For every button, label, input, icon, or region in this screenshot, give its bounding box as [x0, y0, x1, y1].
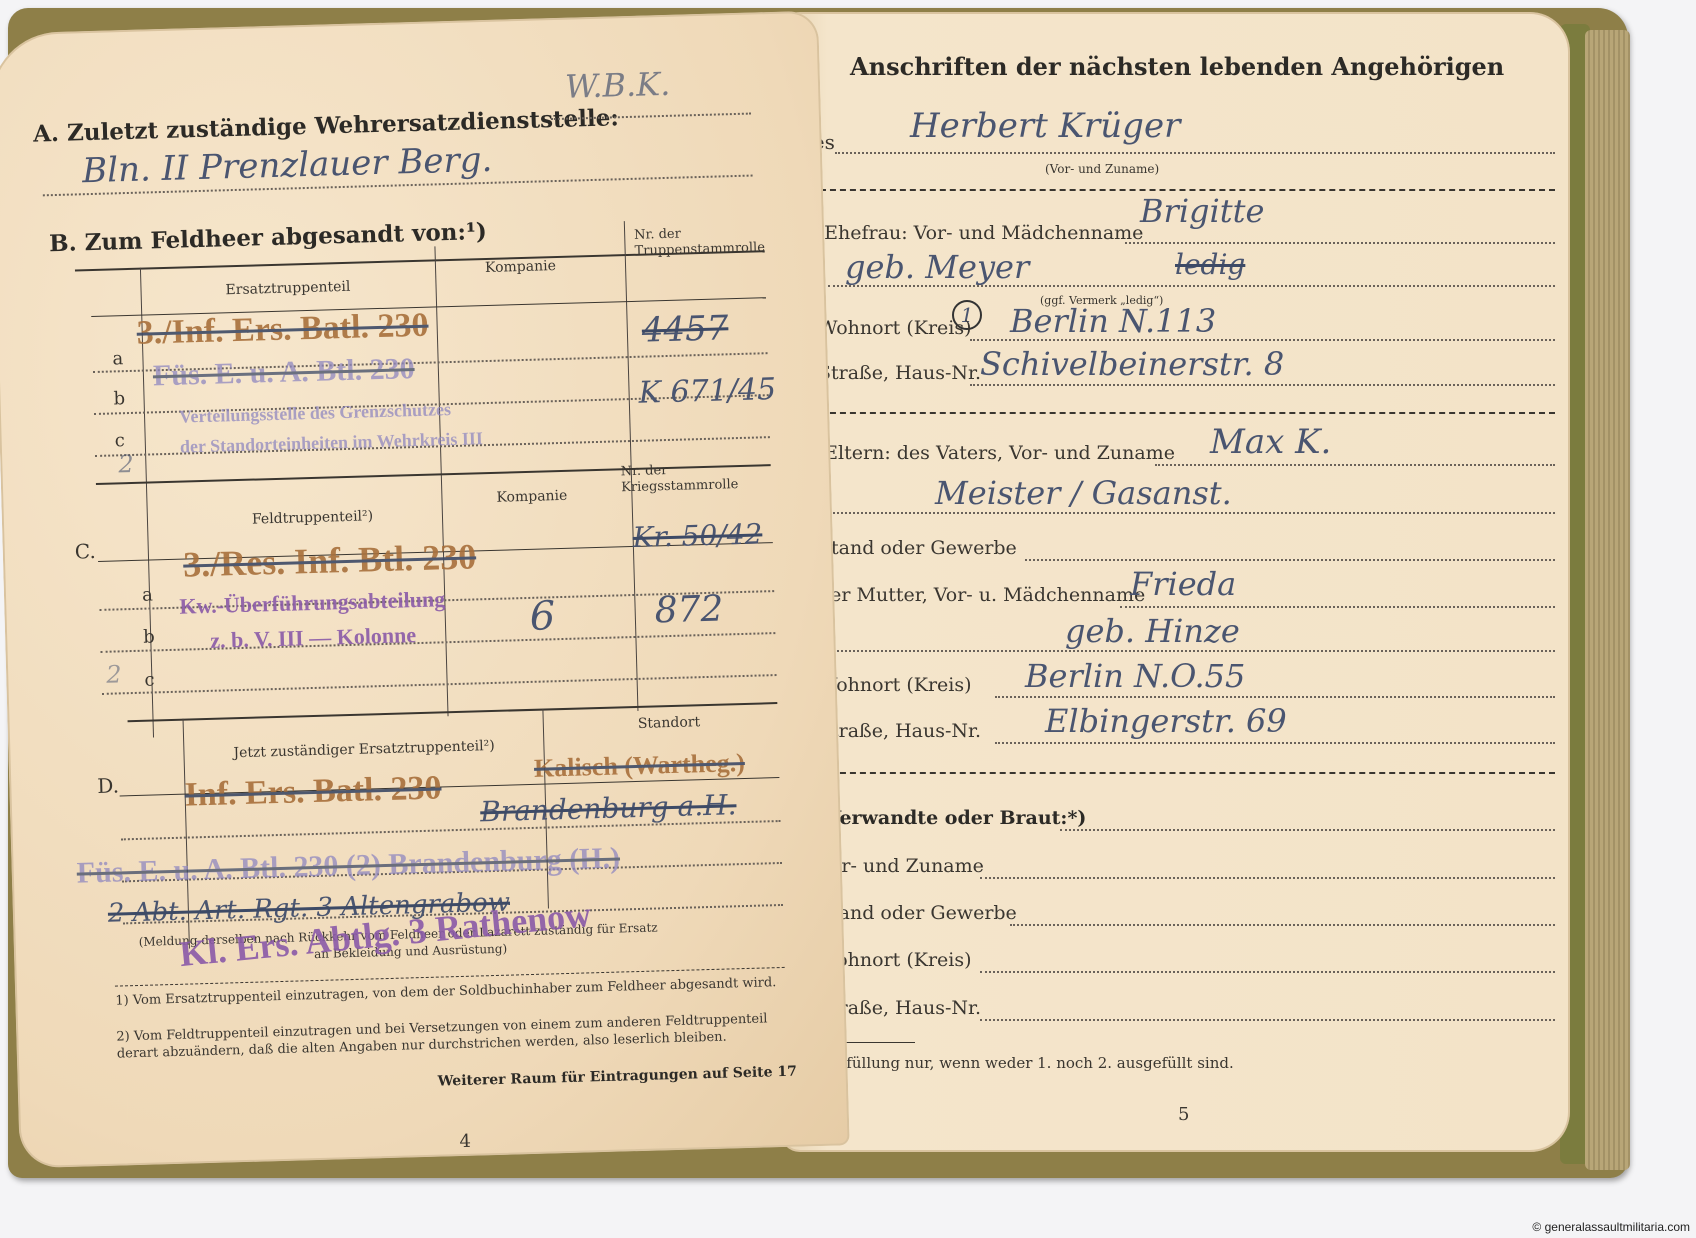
dotted-line: [980, 877, 1555, 879]
roll-number-b: K 671/45: [638, 372, 776, 411]
dotted-line: [1010, 924, 1555, 926]
dotted-line: [1025, 559, 1555, 561]
row-label-b: b: [113, 388, 125, 409]
mother-maiden-name: geb. Hinze: [1065, 612, 1240, 650]
stamp-kalisch: Kalisch (Wartheg.): [534, 748, 746, 784]
divider: [800, 189, 1555, 191]
dotted-line: [1125, 242, 1555, 244]
section-b-text: Zum Feldheer abgesandt von:¹): [84, 218, 487, 256]
section-b-label: B.: [49, 229, 77, 257]
dotted-line: [1120, 606, 1555, 608]
right-page: Anschriften der nächsten lebenden Angehö…: [780, 12, 1570, 1152]
col-kompanie-c: Kompanie: [496, 488, 567, 506]
parents-label: 2. Eltern: des Vaters, Vor- und Zuname: [800, 442, 1175, 464]
father-name: Max K.: [1210, 422, 1331, 462]
row-label-c: c: [114, 430, 125, 451]
page-number: 4: [459, 1131, 471, 1152]
section-a-title: A. Zuletzt zuständige Wehrersatzdienstst…: [33, 104, 619, 147]
mother-residence-label: Wohnort (Kreis): [818, 674, 972, 696]
mother-street-label: Straße, Haus-Nr.: [818, 720, 981, 742]
stamp-fues-brandenburg: Füs. E. u. A. Btl. 230 (2) Brandenburg (…: [76, 841, 620, 890]
dotted-line: [995, 696, 1555, 698]
stamp-verteilungsstelle-2: der Standorteinheiten im Wehrkreis III: [180, 428, 483, 457]
table-col-line: [434, 246, 448, 716]
cloth-spine: [1585, 30, 1630, 1170]
stamp-kw-ueberfuehrung-2: z. b. V. III — Kolonne: [210, 622, 416, 654]
company-number: 6: [529, 593, 556, 640]
mother-street: Elbingerstr. 69: [1045, 702, 1287, 740]
dotted-line: [835, 152, 1555, 154]
wife-maiden-name: geb. Meyer: [845, 248, 1029, 286]
mother-residence: Berlin N.O.55: [1025, 657, 1245, 695]
kriegsstammrolle-b: 872: [654, 589, 724, 632]
dotted-line: [820, 650, 1555, 652]
divider: [800, 412, 1555, 414]
row-label-c-b: b: [143, 626, 155, 647]
col-kompanie: Kompanie: [485, 258, 556, 276]
stamp-verteilungsstelle-1: Verteilungsstelle des Grenzschutzes: [179, 399, 451, 428]
further-space-note: Weiterer Raum für Eintragungen auf Seite…: [438, 1064, 798, 1090]
col-ersatztruppenteil: Ersatztruppenteil: [225, 279, 350, 298]
footnote-2: 2) Vom Feldtruppenteil einzutragen und b…: [116, 1010, 787, 1063]
margin-note-c: 2: [106, 660, 122, 688]
relatives-label: 3. Verwandte oder Braut:*): [800, 807, 1086, 829]
left-page: A. Zuletzt zuständige Wehrersatzdienstst…: [0, 11, 850, 1169]
wife-residence: Berlin N.113: [1010, 302, 1216, 340]
col-feldtruppenteil: Feldtruppenteil²): [252, 508, 374, 527]
kriegsstammrolle-a: Kr. 50/42: [632, 517, 763, 554]
section-c-label: C.: [74, 539, 96, 564]
dotted-line: [121, 820, 781, 840]
father-occupation: Meister / Gasanst.: [935, 474, 1232, 512]
relative-name-label: Vor- und Zuname: [818, 855, 984, 877]
stamp-fues-e-u-a-btl: Füs. E. u. A. Btl. 230: [152, 352, 415, 393]
wbk-handwritten: W.B.K.: [564, 65, 670, 106]
margin-note-b: 2: [118, 450, 134, 478]
mother-name: Frieda: [1130, 565, 1236, 603]
wife-label: 1. Ehefrau: Vor- und Mädchenname: [800, 222, 1143, 244]
dotted-line: [102, 674, 777, 695]
col-jetzt-zustaendig: Jetzt zuständiger Ersatztruppenteil²): [233, 738, 495, 761]
soldier-name: Herbert Krüger: [910, 106, 1180, 146]
footnote: *) Ausfüllung nur, wenn weder 1. noch 2.…: [800, 1054, 1234, 1072]
name-caption: (Vor- und Zuname): [1045, 162, 1159, 176]
stamp-inf-ers-batl-d: Inf. Ers. Batl. 230: [184, 769, 442, 814]
section-a-label: A.: [33, 120, 60, 148]
dotted-line: [1155, 464, 1555, 466]
stamp-kw-ueberfuehrung-1: Kw.-Überführungsabteilung: [179, 586, 446, 619]
dotted-line: [995, 742, 1555, 744]
page-title: Anschriften der nächsten lebenden Angehö…: [850, 52, 1504, 81]
page-number: 5: [1178, 1104, 1189, 1125]
relative-occupation-label: Stand oder Gewerbe: [818, 902, 1017, 924]
dotted-line: [820, 512, 1555, 514]
stamp-res-inf-btl: 3./Res. Inf. Btl. 230: [183, 535, 477, 585]
mother-label: der Mutter, Vor- u. Mädchenname: [818, 584, 1145, 606]
dotted-line: [970, 384, 1555, 386]
wife-residence-label: Wohnort (Kreis): [818, 317, 972, 339]
watermark: © generalassaultmilitaria.com: [1532, 1220, 1690, 1234]
row-label-c-a: a: [142, 584, 153, 605]
divider: [800, 772, 1555, 774]
section-b-title: B. Zum Feldheer abgesandt von:¹): [49, 218, 487, 257]
row-label-a: a: [112, 348, 123, 369]
struck-ledig: ledig: [1175, 248, 1245, 281]
dotted-line: [980, 1019, 1555, 1021]
dotted-line: [101, 632, 776, 653]
footnote-1: 1) Vom Ersatztruppenteil einzutragen, vo…: [115, 974, 785, 1010]
wife-street-label: Straße, Haus-Nr.: [818, 362, 981, 384]
dotted-line: [980, 971, 1555, 973]
wife-street: Schivelbeinerstr. 8: [980, 345, 1284, 383]
dotted-line: [1060, 829, 1555, 831]
dotted-line: [828, 285, 1555, 287]
stamp-inf-ers-batl: 3./Inf. Ers. Batl. 230: [136, 307, 429, 353]
col-standort: Standort: [638, 714, 701, 732]
col-truppenstammrolle: Nr. der Truppenstammrolle: [634, 225, 755, 260]
section-a-text: Zuletzt zuständige Wehrersatzdienststell…: [67, 104, 620, 146]
occupation-label: Stand oder Gewerbe: [818, 537, 1017, 559]
row-label-c-c: c: [144, 669, 155, 690]
wife-first-name: Brigitte: [1140, 192, 1264, 230]
col-kriegsstammrolle: Nr. der Kriegsstammrolle: [621, 461, 752, 497]
section-d-label: D.: [97, 773, 119, 798]
roll-number-a: 4457: [641, 308, 729, 350]
